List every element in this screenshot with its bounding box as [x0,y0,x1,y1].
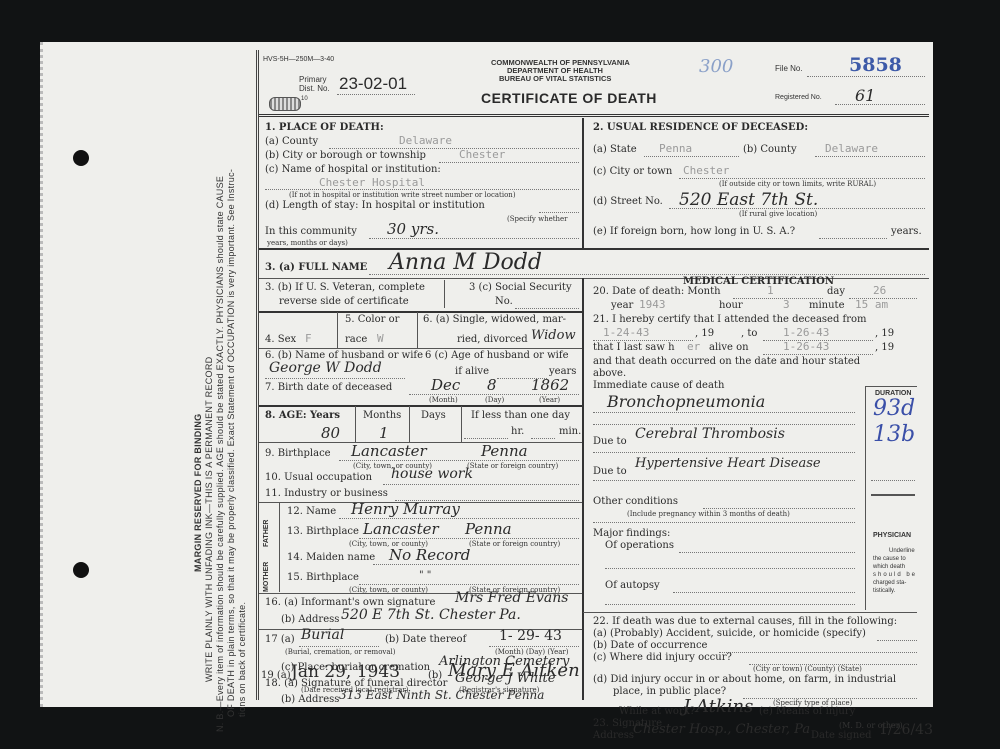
min-label: min. [559,426,581,437]
due-to-value-1: Cerebral Thrombosis [635,426,785,442]
rule [464,438,508,439]
less-day-label: If less than one day [471,410,570,421]
birth-year-value: 1862 [531,376,569,394]
death-day-label: day [827,286,845,297]
death-hour-value: 3 [783,298,790,311]
rule [593,522,855,523]
autopsy-label: Of autopsy [605,580,660,591]
rule [679,178,925,179]
state-note: (State or foreign country) [469,540,560,548]
attended-label: 21. I hereby certify that I attended the… [593,314,867,325]
rule [605,568,855,569]
informant-value: Mrs Fred Evans [455,590,568,606]
rule [337,94,415,95]
margin-line: N. B.—Every item of information should b… [215,176,225,732]
rule [673,592,855,593]
occupation-label: 10. Usual occupation [265,472,372,483]
disposal-label: 17 (a) [265,634,295,645]
ssn-label: 3 (c) Social Security [469,282,572,293]
mother-birthplace-value: " " [419,570,431,581]
other-conditions-note: (Include pregnancy within 3 months of de… [627,510,790,518]
divider [871,494,915,496]
death-date-label: 20. Date of death: Month [593,286,721,297]
agency-line: BUREAU OF VITAL STATISTICS [499,74,611,83]
disposal-date-value: 1- 29- 43 [499,628,562,644]
race-value: W [377,332,384,345]
rule [265,378,405,379]
occupation-value: house work [391,466,473,482]
father-birth-city-value: Lancaster [363,520,439,538]
rule [439,162,579,163]
father-birth-state-value: Penna [465,520,512,538]
marital-value: Widow [531,328,576,343]
rule [763,354,873,355]
sex-label: 4. Sex [265,334,296,345]
marital-label: ried, divorced [457,334,528,345]
means-of-injury-label: (e) Means of injury [759,706,855,717]
registrar-note: (Registrar's signature) [459,686,539,694]
race-label: race [345,334,367,345]
foreign-label: (e) If foreign born, how long in U. S. A… [593,226,795,237]
rule [369,238,579,239]
residence-state-value: Penna [659,142,692,155]
nineteen-label: , 19 [875,342,894,353]
medical-certification: MEDICAL CERTIFICATION 20. Date of death:… [583,272,933,702]
residence-street-value: 520 East 7th St. [679,190,818,210]
death-county-value: Delaware [399,134,452,147]
city-note: (If outside city or town limits, write R… [719,180,876,188]
immediate-cause-value: Bronchopneumonia [607,392,765,411]
death-year-label: year [611,300,633,311]
margin-line: tions on back of certificate. [237,602,247,717]
physician-signature: J Atkins [683,696,753,717]
rule [593,452,855,453]
rule [605,604,855,605]
rule [807,76,925,77]
spouse-age-label: 6 (c) Age of husband or wife [425,350,569,361]
registered-label: Registered No. [775,94,822,101]
nineteen-label: , 19 [875,328,894,339]
margin-line: OF DEATH in plain terms, so that it may … [226,169,236,717]
above-label: above. [593,368,626,379]
age-months-value: 1 [379,424,389,442]
residence-county-value: Delaware [825,142,878,155]
death-day-value: 26 [873,284,886,297]
last-saw-pronoun: er [687,340,700,353]
physician-address-label: Address [593,730,634,741]
birthplace-city-value: Lancaster [351,442,427,460]
rule [815,156,925,157]
stay-label: (d) Length of stay: In hospital or insti… [265,200,485,211]
mother-name-label: 14. Maiden name [287,552,375,563]
birth-date-label: 7. Birth date of deceased [265,382,392,393]
rule [531,438,555,439]
rule [359,538,579,539]
external-d-label: (d) Did injury occur in or about home, o… [593,674,896,685]
binding-margin-instructions: MARGIN RESERVED FOR BINDING WRITE PLAINL… [193,102,253,732]
rule [593,340,693,341]
primary-label: Primary [299,75,327,84]
form-code: HVS-5H—250M—3-40 [263,56,334,63]
community-label: In this community [265,226,357,237]
margin-line: WRITE PLAINLY WITH UNFADING INK—THIS IS … [204,357,214,682]
registrar-signature: Mary E Aitken [448,660,580,681]
binding-hole [73,150,89,166]
due-to-label: Due to [593,436,627,447]
registrar-date-value: Jan 29, 1943 [291,662,400,682]
physician-note: should be [873,572,917,578]
hr-label: hr. [511,426,524,437]
duration-value-1: 93d [873,396,915,421]
registrar-date-note: (Date received local registrar) [301,686,409,694]
rule [539,212,579,213]
certificate-title: CERTIFICATE OF DEATH [481,90,657,106]
last-saw-label: that I last saw h [593,342,675,353]
file-no-label: File No. [775,64,803,73]
birthplace-state-value: Penna [481,442,528,460]
divider [259,248,929,250]
community-note: years, months or days) [267,239,348,247]
divider [417,312,418,348]
to-label: , to [741,328,757,339]
registrar-date-label: 19 (a) [261,670,291,681]
due-to-value-2: Hypertensive Heart Disease [635,456,821,471]
divider [865,386,866,610]
immediate-cause-label: Immediate cause of death [593,380,724,391]
ssn-label: No. [495,296,513,307]
registrar-label: (b) [428,670,442,681]
stated-label: and that death occurred on the date and … [593,356,860,367]
dist-number: 23-02-01 [339,74,407,94]
rule [703,508,855,509]
rule [489,646,579,647]
death-certificate-page: MARGIN RESERVED FOR BINDING WRITE PLAINL… [40,42,933,707]
state-seal-icon [269,97,301,111]
year-note: (Year) [539,396,560,404]
full-name-label: 3. (a) FULL NAME [265,262,367,273]
external-b-label: (b) Date of occurrence [593,640,707,651]
veteran-label: 3. (b) If U. S. Veteran, complete [265,282,425,293]
divider [259,114,929,117]
father-side-label: FATHER [263,520,270,547]
alive-label: alive on [709,342,749,353]
rule [373,564,579,565]
disposal-note: (Burial, cremation, or removal) [285,648,396,656]
seal-number: 10 [301,96,308,102]
mother-name-value: No Record [389,546,470,564]
informant-address-value: 520 E 7th St. Chester Pa. [341,607,521,623]
rule [733,298,823,299]
external-c-label: (c) Where did injury occur? [593,652,732,663]
community-value: 30 yrs. [387,220,439,238]
physician-note: Underline [889,548,915,554]
disposal-value: Burial [301,627,344,643]
date-signed-value: 1/26/43 [879,722,933,738]
death-minute-label: minute [809,300,845,311]
attended-to-value: 1-26-43 [783,326,829,339]
physician-note: charged sta- [873,580,906,586]
annotation-number: 300 [699,56,733,77]
divider [259,311,582,313]
day-note: (Day) [485,396,504,404]
death-city-value: Chester [459,148,505,161]
rule [644,156,739,157]
divider [583,612,917,613]
state-note: (State or foreign country) [467,462,558,470]
rule [593,412,855,413]
divider [259,405,582,407]
external-c-note: (City or town) (County) (State) [753,665,862,673]
residence-county-label: (b) County [743,144,797,155]
birth-month-value: Dec [431,376,460,394]
industry-label: 11. Industry or business [265,488,388,499]
major-findings-label: Major findings: [593,528,670,539]
divider [444,280,445,308]
file-number: 5858 [849,54,902,76]
color-label: 5. Color or [345,314,399,325]
residence-heading: 2. USUAL RESIDENCE OF DECEASED: [593,122,808,133]
divider [355,406,356,442]
birthplace-label: 9. Birthplace [265,448,331,459]
rule [329,148,579,149]
place-of-death-heading: 1. PLACE OF DEATH: [265,122,384,133]
rule [409,394,579,395]
rule [339,518,579,519]
street-label: (d) Street No. [593,196,663,207]
divider [279,502,280,592]
father-name-value: Henry Murray [351,500,460,518]
rule [679,552,855,553]
rule [359,584,579,585]
death-minute-value: 15 am [855,298,888,311]
divider [337,312,338,348]
rule [877,640,917,641]
divider [865,386,917,387]
death-year-value: 1943 [639,298,666,311]
mother-side-label: MOTHER [263,562,270,592]
rule [515,308,579,309]
hospital-label: (c) Name of hospital or institution: [265,164,441,175]
marital-label: 6. (a) Single, widowed, mar- [423,314,566,325]
days-label: Days [421,410,446,421]
rule [339,460,579,461]
birth-day-value: 8 [487,376,497,394]
death-hour-label: hour [719,300,743,311]
physician-note: the cause to [873,556,906,562]
stay-note: (Specify whether [507,215,568,223]
street-note: (If rural give location) [739,210,817,218]
rule [819,238,887,239]
physician-heading: PHYSICIAN [873,532,911,539]
rule [871,480,915,481]
residence-city-value: Chester [683,164,729,177]
hospital-value: Chester Hospital [319,176,425,189]
registered-number: 61 [855,86,875,105]
operations-label: Of operations [605,540,674,551]
attended-from-value: 1-24-43 [603,326,649,339]
state-label: (a) State [593,144,637,155]
divider [259,348,582,349]
due-to-label: Due to [593,466,627,477]
date-signed-label: Date signed [811,730,872,741]
veteran-label: reverse side of certificate [279,296,409,307]
full-name-value: Anna M Dodd [389,250,542,275]
residence-city-label: (c) City or town [593,166,672,177]
physician-note: tistically. [873,588,895,594]
mother-birthplace-label: 15. Birthplace [287,572,359,583]
last-saw-value: 1-26-43 [783,340,829,353]
rule [835,104,925,105]
hospital-note: (If not in hospital or institution write… [289,191,516,199]
binding-hole [73,562,89,578]
divider [409,406,410,442]
foreign-suffix: years. [891,226,922,237]
city-label: (b) City or borough or township [265,150,426,161]
physician-address-value: Chester Hosp., Chester, Pa [633,722,810,737]
disposal-date-label: (b) Date thereof [385,634,466,645]
divider [582,118,584,248]
duration-value-2: 13b [873,422,915,447]
other-conditions-label: Other conditions [593,496,678,507]
county-label: (a) County [265,136,318,147]
dist-label: Dist. No. [299,84,330,93]
physician-note: which death [873,564,905,570]
rule [719,652,917,653]
father-name-label: 12. Name [287,506,336,517]
nineteen-label: , 19 [695,328,714,339]
rule [265,189,579,190]
external-a-label: (a) (Probably) Accident, suicide, or hom… [593,628,866,639]
age-label: 8. AGE: Years [265,410,340,421]
external-heading: 22. If death was due to external causes,… [593,616,897,627]
rule [383,484,579,485]
rule [593,424,855,425]
death-month-value: 1 [767,284,774,297]
month-note: (Month) [429,396,458,404]
months-label: Months [363,410,401,421]
age-years-value: 80 [321,424,340,442]
rule [593,480,855,481]
divider [461,406,462,442]
sex-value: F [305,332,312,345]
informant-address-label: (b) Address [281,614,339,625]
spouse-value: George W Dodd [269,360,382,376]
rule [299,646,379,647]
funeral-address-label: (b) Address [281,694,339,705]
father-birthplace-label: 13. Birthplace [287,526,359,537]
margin-line: MARGIN RESERVED FOR BINDING [193,414,203,572]
